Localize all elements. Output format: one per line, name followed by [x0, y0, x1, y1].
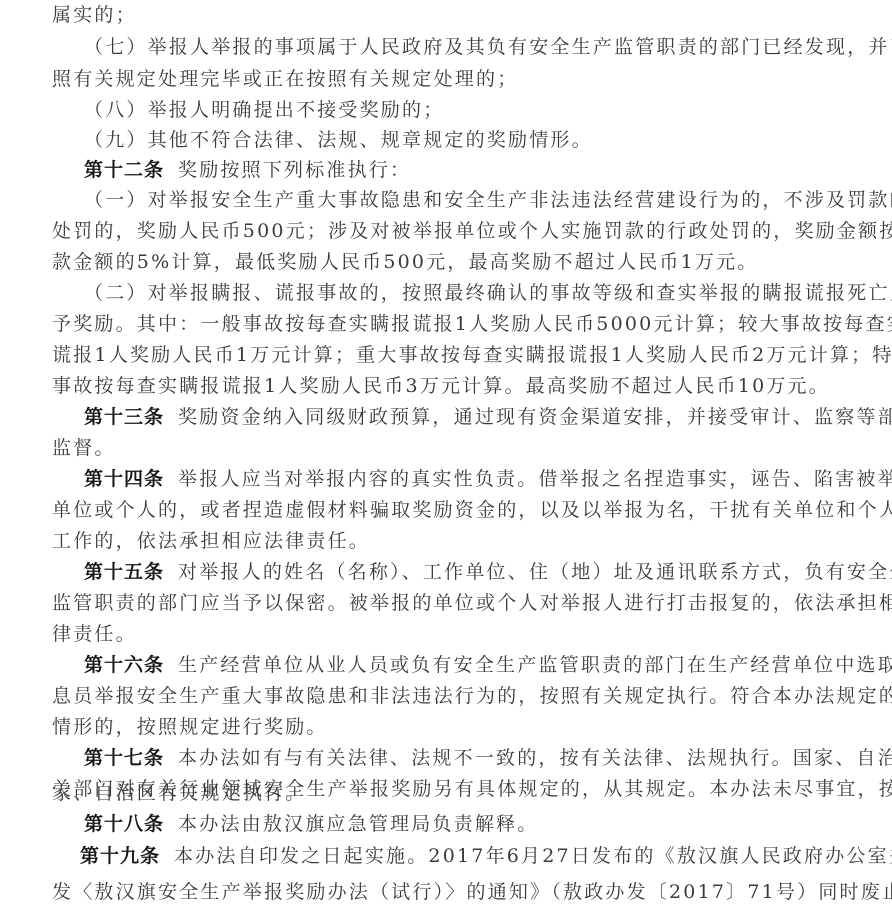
article-heading: 第十九条	[80, 845, 160, 867]
text-line: 息员举报安全生产重大事故隐患和非法违法行为的，按照有关规定执行。符合本办法规定的…	[52, 681, 852, 711]
text-line: 家、自治区有关规定执行。	[52, 778, 852, 808]
article-text: 奖励按照下列标准执行：	[178, 159, 411, 181]
article-17: 第十七条本办法如有与有关法律、法规不一致的，按有关法律、法规执行。国家、自治区有	[84, 743, 884, 773]
text-line: 监管职责的部门应当予以保密。被举报的单位或个人对举报人进行打击报复的，依法承担相…	[52, 588, 852, 618]
article-heading: 第十八条	[84, 813, 164, 835]
text-line: （一）对举报安全生产重大事故隐患和安全生产非法违法经营建设行为的，不涉及罚款的行…	[84, 185, 884, 215]
text-line: （八）举报人明确提出不接受奖励的；	[84, 95, 884, 125]
article-heading: 第十六条	[84, 654, 164, 676]
text-line: 单位或个人的，或者捏造虚假材料骗取奖励资金的，以及以举报为名，干扰有关单位和个人…	[52, 495, 852, 525]
article-18: 第十八条本办法由敖汉旗应急管理局负责解释。	[84, 809, 884, 839]
text-line: （二）对举报瞒报、谎报事故的，按照最终确认的事故等级和查实举报的瞒报谎报死亡人数…	[84, 278, 884, 308]
article-14: 第十四条举报人应当对举报内容的真实性负责。借举报之名捏造事实，诬告、陷害被举报的	[84, 464, 884, 494]
article-text: 本办法如有与有关法律、法规不一致的，按有关法律、法规执行。国家、自治区有	[178, 747, 892, 769]
article-text: 本办法由敖汉旗应急管理局负责解释。	[178, 813, 538, 835]
article-text: 生产经营单位从业人员或负有安全生产监管职责的部门在生产经营单位中选取的信	[178, 654, 892, 676]
article-15: 第十五条对举报人的姓名（名称）、工作单位、住（地）址及通讯联系方式，负有安全生产	[84, 557, 884, 587]
text-line: 照有关规定处理完毕或正在按照有关规定处理的；	[52, 64, 852, 94]
article-16: 第十六条生产经营单位从业人员或负有安全生产监管职责的部门在生产经营单位中选取的信	[84, 650, 884, 680]
text-line: （七）举报人举报的事项属于人民政府及其负有安全生产监管职责的部门已经发现，并已经…	[84, 32, 884, 62]
article-heading: 第十四条	[84, 468, 164, 490]
article-heading: 第十七条	[84, 747, 164, 769]
article-heading: 第十五条	[84, 561, 164, 583]
text-line: 律责任。	[52, 619, 852, 649]
text-line: 事故按每查实瞒报谎报1人奖励人民币3万元计算。最高奖励不超过人民币10万元。	[52, 371, 852, 401]
text-line: 工作的，依法承担相应法律责任。	[52, 526, 852, 556]
text-line: 情形的，按照规定进行奖励。	[52, 712, 852, 742]
article-text: 本办法自印发之日起实施。2017年6月27日发布的《敖汉旗人民政府办公室关于印	[174, 845, 892, 867]
document-page: 属实的； （七）举报人举报的事项属于人民政府及其负有安全生产监管职责的部门已经发…	[0, 0, 892, 905]
text-line: 予奖励。其中：一般事故按每查实瞒报谎报1人奖励人民币5000元计算；较大事故按每…	[52, 309, 852, 339]
article-13: 第十三条奖励资金纳入同级财政预算，通过现有资金渠道安排，并接受审计、监察等部门的	[84, 402, 884, 432]
text-line: 处罚的，奖励人民币500元；涉及对被举报单位或个人实施罚款的行政处罚的，奖励金额…	[52, 216, 852, 246]
article-heading: 第十三条	[84, 406, 164, 428]
article-text: 奖励资金纳入同级财政预算，通过现有资金渠道安排，并接受审计、监察等部门的	[178, 406, 892, 428]
article-heading: 第十二条	[84, 159, 164, 181]
text-line: 属实的；	[52, 0, 852, 30]
article-12: 第十二条奖励按照下列标准执行：	[84, 155, 884, 185]
text-line: 发〈敖汉旗安全生产举报奖励办法（试行）〉的通知》（敖政办发〔2017〕71号）同…	[52, 877, 852, 905]
article-19: 第十九条本办法自印发之日起实施。2017年6月27日发布的《敖汉旗人民政府办公室…	[80, 841, 880, 871]
text-line: 监督。	[52, 433, 852, 463]
text-line: 款金额的5%计算，最低奖励人民币500元，最高奖励不超过人民币1万元。	[52, 247, 852, 277]
article-text: 对举报人的姓名（名称）、工作单位、住（地）址及通讯联系方式，负有安全生产	[178, 561, 892, 583]
text-line: （九）其他不符合法律、法规、规章规定的奖励情形。	[84, 125, 884, 155]
text-line: 谎报1人奖励人民币1万元计算；重大事故按每查实瞒报谎报1人奖励人民币2万元计算；…	[52, 340, 852, 370]
article-text: 举报人应当对举报内容的真实性负责。借举报之名捏造事实，诬告、陷害被举报的	[178, 468, 892, 490]
